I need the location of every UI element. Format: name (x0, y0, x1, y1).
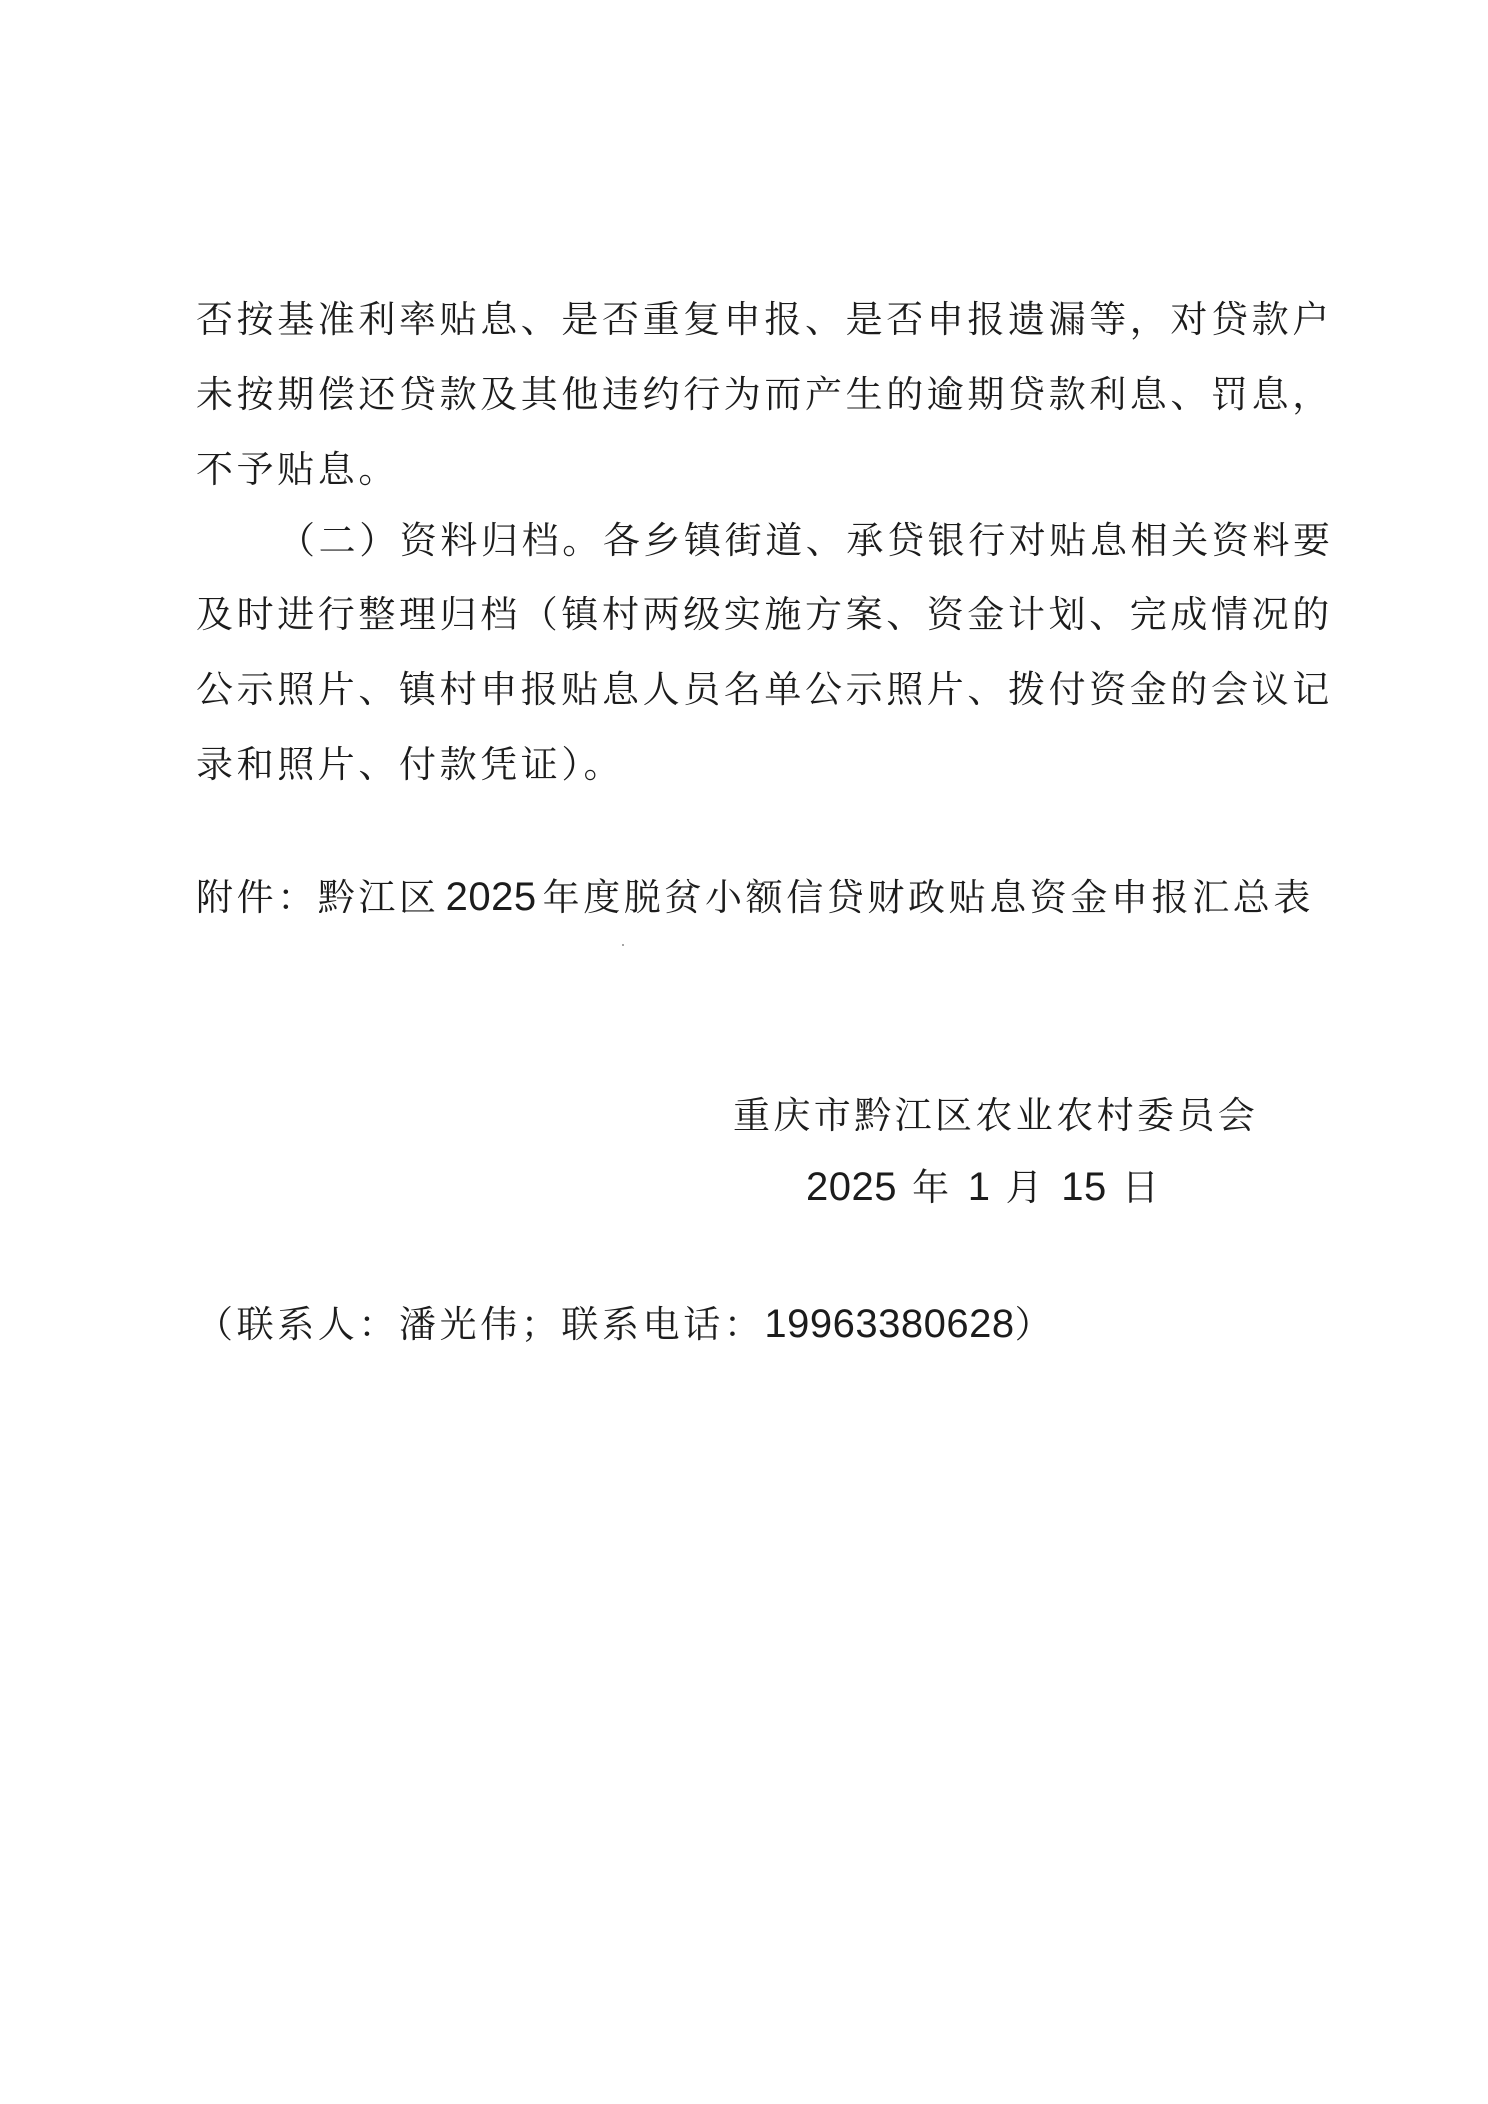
paragraph-line-3: 不予贴息。 (196, 446, 1316, 494)
date-day-unit: 日 (1122, 1166, 1162, 1209)
issue-date: 2025 年 1 月 15 日 (806, 1163, 1162, 1212)
document-page: 否按基准利率贴息、是否重复申报、是否申报遗漏等，对贷款户 未按期偿还贷款及其他违… (0, 0, 1488, 2104)
paragraph-line-2: 未按期偿还贷款及其他违约行为而产生的逾期贷款利息、罚息， (196, 371, 1316, 419)
contact-close-paren: ） (1015, 1303, 1056, 1346)
issuing-organization: 重庆市黔江区农业农村委员会 (733, 1092, 1258, 1140)
contact-person-label: 联系人： (237, 1303, 399, 1346)
attachment-prefix: 附件：黔江区 (196, 876, 440, 919)
date-month-unit: 月 (1006, 1166, 1046, 1209)
attachment-year: 2025 (446, 875, 537, 919)
section-two-line-1: （二）资料归档。各乡镇街道、承贷银行对贴息相关资料要 (278, 517, 1398, 565)
scan-speck (622, 944, 624, 946)
paragraph-line-1: 否按基准利率贴息、是否重复申报、是否申报遗漏等，对贷款户 (196, 296, 1316, 344)
contact-open-paren: （ (196, 1303, 237, 1346)
date-year-unit: 年 (912, 1166, 952, 1209)
attachment-title: 年度脱贫小额信贷财政贴息资金申报汇总表 (543, 876, 1314, 919)
date-day: 15 (1061, 1165, 1107, 1209)
date-year: 2025 (806, 1165, 897, 1209)
section-two-line-2: 及时进行整理归档（镇村两级实施方案、资金计划、完成情况的 (196, 591, 1316, 639)
contact-person-name: 潘光伟； (399, 1303, 561, 1346)
attachment-line: 附件：黔江区2025年度脱贫小额信贷财政贴息资金申报汇总表 (196, 873, 1316, 922)
section-two-line-4: 录和照片、付款凭证）。 (196, 741, 1316, 789)
contact-line: （联系人：潘光伟；联系电话：19963380628） (196, 1300, 1316, 1349)
contact-phone-number: 19963380628 (764, 1302, 1014, 1346)
section-two-line-3: 公示照片、镇村申报贴息人员名单公示照片、拨付资金的会议记 (196, 666, 1316, 714)
contact-phone-label: 联系电话： (561, 1303, 764, 1346)
date-month: 1 (968, 1165, 991, 1209)
